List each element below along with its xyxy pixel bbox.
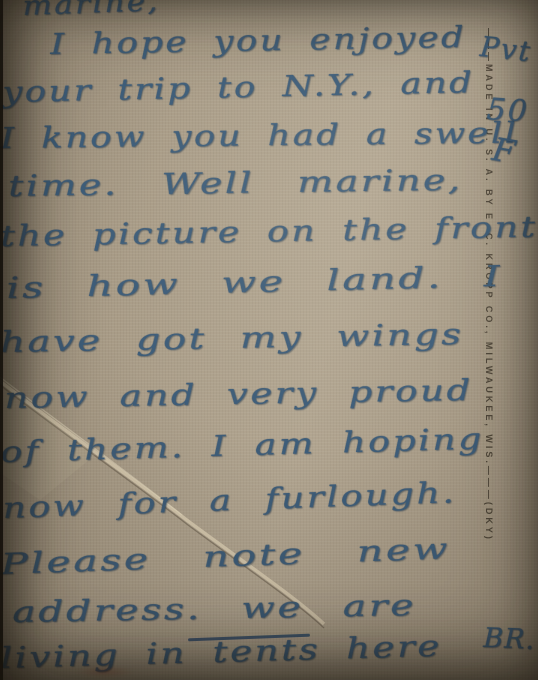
- handwritten-line: time. Well marine,: [8, 163, 463, 203]
- margin-note: Pvt: [479, 30, 534, 68]
- photo-edge-strip: [0, 0, 3, 680]
- stain-mark: [66, 664, 144, 680]
- postcard-photo: ———MADE IN U. S. A. BY E. C. KROPP CO., …: [0, 0, 538, 680]
- handwritten-line: I hope you enjoyed: [50, 20, 466, 61]
- handwritten-line: I know you had a swell: [0, 116, 519, 155]
- handwritten-line: address. we are: [12, 588, 416, 629]
- margin-note: 50: [486, 92, 531, 130]
- signature: BR.: [483, 623, 536, 656]
